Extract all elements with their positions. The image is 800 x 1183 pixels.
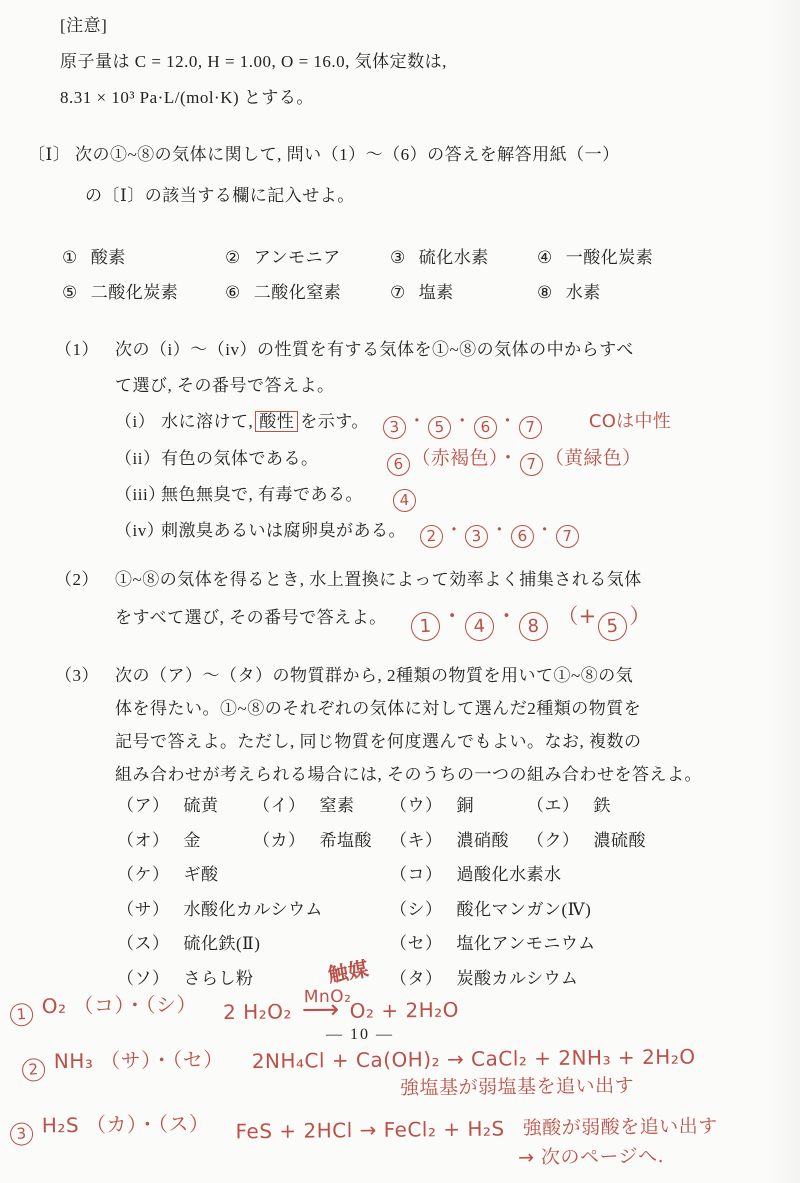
circled-number: 6 <box>386 452 410 476</box>
substance-label: （サ） <box>117 900 170 919</box>
circled-number: 3 <box>382 415 406 439</box>
substance-label: （タ） <box>390 969 443 988</box>
eq2-body: 2NH₄Cl + Ca(OH)₂ → CaCl₂ + 2NH₃ + 2H₂O <box>252 1044 696 1073</box>
question-3-line: 体を得たい。①~⑧のそれぞれの気体に対して選んだ2種類の物質を <box>115 692 702 725</box>
q1-items: （i）水に溶けて,酸性を示す。3・5・6・7COは中性（ii）有色の気体である。… <box>115 404 671 549</box>
substance-label: （セ） <box>390 934 443 953</box>
question-3-lines: 次の（ア）～（タ）の物質群から, 2種類の物質を用いて①~⑧の気体を得たい。①~… <box>115 659 702 791</box>
gas-name: 酸素 <box>91 248 126 267</box>
substance-label: （ソ） <box>117 969 170 988</box>
gas-name: 二酸化炭素 <box>91 283 179 302</box>
substance-name: 炭酸カルシウム <box>457 969 579 988</box>
substance-label: （コ） <box>390 865 443 884</box>
gas-number: ④ <box>537 248 553 267</box>
circled-number: 3 <box>465 524 489 548</box>
handwritten-note-acid-displacement: 強酸が弱酸を追い出す <box>522 1111 717 1140</box>
substance-label: （カ） <box>253 831 306 850</box>
substance-name: 希塩酸 <box>320 831 373 850</box>
substance-label: （ス） <box>117 934 170 953</box>
item-label: （ii） <box>115 441 161 477</box>
eq1-head: 1 O₂ （コ）・（シ） <box>8 988 197 1026</box>
substance-name: 窒素 <box>320 796 355 815</box>
substance-name: 金 <box>184 831 202 850</box>
eq1-lhs: 2 H₂O₂ <box>223 999 292 1024</box>
handwritten-note: COは中性 <box>589 411 671 432</box>
gas-name: 硫化水素 <box>419 248 489 267</box>
item-text: 水に溶けて,酸性を示す。 <box>161 412 369 431</box>
substance-name: 濃硫酸 <box>594 831 647 850</box>
handwritten-answer: 3・5・6・7 <box>381 411 544 432</box>
q1-item: （i）水に溶けて,酸性を示す。3・5・6・7COは中性 <box>115 404 671 440</box>
exam-page: [注意] 原子量は C = 12.0, H = 1.00, O = 16.0, … <box>0 0 800 1183</box>
gas-number: ① <box>62 248 78 267</box>
gas-item: ⑦塩素 <box>390 275 537 310</box>
handwritten-answer: 2・3・6・7 <box>418 520 581 541</box>
gas-item: ⑤二酸化炭素 <box>62 275 225 310</box>
gas-name: 二酸化窒素 <box>254 283 342 302</box>
item-label: （iv） <box>115 513 161 549</box>
gas-name: アンモニア <box>254 248 341 267</box>
section-text-line1: 次の①~⑧の気体に関して, 問い（1）～（6）の答えを解答用紙（一） <box>75 145 620 164</box>
substance-item: （ケ）ギ酸 <box>117 858 390 893</box>
circled-number: 1 <box>9 1003 33 1027</box>
eq1-rhs: O₂ + 2H₂O <box>350 998 460 1023</box>
gas-number: ⑧ <box>537 283 553 302</box>
question-3-line: 記号で答えよ。ただし, 同じ物質を何度選んでもよい。なお, 複数の <box>115 725 702 758</box>
section-1-heading: 〔Ⅰ〕 次の①~⑧の気体に関して, 問い（1）～（6）の答えを解答用紙（一） の… <box>28 134 620 216</box>
substance-list: （ア）硫黄（イ）窒素（ウ）銅（エ）鉄（オ）金（カ）希塩酸（キ）濃硝酸（ク）濃硫酸… <box>117 789 646 996</box>
question-2-line1: ①~⑧の気体を得るとき, 水上置換によって効率よく捕集される気体 <box>115 561 651 598</box>
gas-number: ⑤ <box>62 283 78 302</box>
red-box-annotation: 酸性 <box>255 411 298 432</box>
gas-number: ⑥ <box>225 283 241 302</box>
question-2-line2: をすべて選び, その番号で答えよ。1・4・8 （+5） <box>115 598 651 641</box>
substance-label: （エ） <box>527 796 580 815</box>
substance-item: （セ）塩化アンモニウム <box>390 927 646 962</box>
q1-item: （ii）有色の気体である。6（赤褐色）・7（黄緑色） <box>115 440 671 477</box>
q1-item: （iv）刺激臭あるいは腐卵臭がある。2・3・6・7 <box>115 513 671 549</box>
circled-number: 6 <box>473 415 497 439</box>
substance-name: ギ酸 <box>184 865 219 884</box>
handwritten-equation-1: 1 O₂ （コ）・（シ） 2 H₂O₂ 触媒 MnO₂ ⟶ O₂ + 2H₂O <box>8 986 459 1027</box>
gas-number: ③ <box>390 248 406 267</box>
substance-item: （オ）金 <box>117 824 253 859</box>
gas-item: ①酸素 <box>62 240 225 275</box>
substance-item: （キ）濃硝酸 <box>390 824 527 859</box>
gas-list: ①酸素②アンモニア③硫化水素④一酸化炭素⑤二酸化炭素⑥二酸化窒素⑦塩素⑧水素 <box>62 240 653 310</box>
circled-number: 2 <box>419 524 443 548</box>
substance-name: 銅 <box>457 796 475 815</box>
q1-item: （iii）無色無臭で, 有毒である。4 <box>115 477 671 513</box>
question-1-stem: （1） 次の（i）～（iv）の性質を有する気体を①~⑧の気体の中からすべ て選び… <box>55 332 671 549</box>
circled-number: 3 <box>9 1122 33 1146</box>
gas-item: ②アンモニア <box>225 240 390 275</box>
substance-label: （ウ） <box>390 796 443 815</box>
substance-item: （ア）硫黄 <box>117 789 253 824</box>
question-2-stem: （2） ①~⑧の気体を得るとき, 水上置換によって効率よく捕集される気体 をすべ… <box>55 561 651 641</box>
notice-label: [注意] <box>60 8 447 44</box>
circled-number: 1 <box>410 611 440 641</box>
item-label: （iii） <box>115 477 161 513</box>
substance-label: （イ） <box>253 796 306 815</box>
substance-item: （カ）希塩酸 <box>253 824 390 859</box>
substance-name: 鉄 <box>594 796 612 815</box>
substance-name: 硫化鉄(Ⅱ) <box>184 934 261 953</box>
circled-number: 2 <box>21 1058 45 1082</box>
item-label: （i） <box>115 404 161 440</box>
question-1: （1） 次の（i）～（iv）の性質を有する気体を①~⑧の気体の中からすべ て選び… <box>55 332 671 549</box>
notice-line-atomic-masses: 原子量は C = 12.0, H = 1.00, O = 16.0, 気体定数は… <box>60 44 447 80</box>
gas-name: 一酸化炭素 <box>566 248 654 267</box>
eq2-head: 2 NH₃ （サ）・（セ） <box>20 1043 224 1081</box>
gas-item: ③硫化水素 <box>390 240 537 275</box>
gas-item: ⑥二酸化窒素 <box>225 275 390 310</box>
section-text-line2: の〔Ⅰ〕の該当する欄に記入せよ。 <box>28 175 620 216</box>
handwritten-note-base-displacement: 強塩基が弱塩基を追い出す <box>400 1071 634 1100</box>
substance-label: （キ） <box>390 831 443 850</box>
substance-item: （ウ）銅 <box>390 789 527 824</box>
eq3-body: FeS + 2HCl → FeCl₂ + H₂S <box>235 1117 504 1144</box>
gas-item: ⑧水素 <box>537 275 653 310</box>
question-3: （3） 次の（ア）～（タ）の物質群から, 2種類の物質を用いて①~⑧の気体を得た… <box>55 659 702 791</box>
circled-number: 6 <box>510 524 534 548</box>
question-3-line: 次の（ア）～（タ）の物質群から, 2種類の物質を用いて①~⑧の気 <box>115 659 702 692</box>
catalyst-formula: MnO₂ <box>304 987 352 1007</box>
question-1-line1: 次の（i）～（iv）の性質を有する気体を①~⑧の気体の中からすべ <box>115 332 671 368</box>
question-1-label: （1） <box>55 332 115 549</box>
substance-label: （オ） <box>117 831 170 850</box>
substance-item: （ク）濃硫酸 <box>527 824 646 859</box>
item-text: 刺激臭あるいは腐卵臭がある。 <box>161 521 406 540</box>
gas-number: ② <box>225 248 241 267</box>
gas-item: ④一酸化炭素 <box>537 240 653 275</box>
item-text: 無色無臭で, 有毒である。 <box>161 485 363 504</box>
handwritten-answer-q2: 1・4・8 （+5） <box>409 604 651 628</box>
substance-item: （サ）水酸化カルシウム <box>117 893 390 928</box>
substance-name: 濃硝酸 <box>457 831 510 850</box>
handwritten-next-page-note: → 次のページへ. <box>518 1141 664 1170</box>
circled-number: 7 <box>518 415 542 439</box>
substance-name: さらし粉 <box>184 969 254 988</box>
substance-item: （エ）鉄 <box>527 789 646 824</box>
substance-label: （ア） <box>117 796 170 815</box>
substance-grid-2col: （ケ）ギ酸（コ）過酸化水素水（サ）水酸化カルシウム（シ）酸化マンガン(Ⅳ)（ス）… <box>117 858 646 996</box>
substance-name: 酸化マンガン(Ⅳ) <box>457 900 592 919</box>
handwritten-answer: 6（赤褐色）・7（黄緑色） <box>385 447 642 469</box>
substance-name: 硫黄 <box>184 796 219 815</box>
substance-name: 過酸化水素水 <box>457 865 562 884</box>
substance-label: （ク） <box>527 831 580 850</box>
section-label: 〔Ⅰ〕 <box>28 145 70 164</box>
substance-grid-4col: （ア）硫黄（イ）窒素（ウ）銅（エ）鉄（オ）金（カ）希塩酸（キ）濃硝酸（ク）濃硫酸 <box>117 789 646 858</box>
circled-number: 5 <box>598 611 628 641</box>
substance-label: （ケ） <box>117 865 170 884</box>
substance-item: （コ）過酸化水素水 <box>390 858 646 893</box>
question-2: （2） ①~⑧の気体を得るとき, 水上置換によって効率よく捕集される気体 をすべ… <box>55 561 651 641</box>
substance-item: （イ）窒素 <box>253 789 390 824</box>
question-2-label: （2） <box>55 561 115 641</box>
question-1-line2: て選び, その番号で答えよ。 <box>115 368 671 404</box>
substance-item: （シ）酸化マンガン(Ⅳ) <box>390 893 646 928</box>
notice-line-gas-constant: 8.31 × 10³ Pa·L/(mol·K) とする。 <box>60 80 447 116</box>
circled-number: 7 <box>519 452 543 476</box>
question-3-label: （3） <box>55 659 115 791</box>
handwritten-answer: 4 <box>391 484 418 505</box>
substance-label: （シ） <box>390 900 443 919</box>
question-3-line: 組み合わせが考えられる場合には, そのうちの一つの組み合わせを答えよ。 <box>115 758 702 791</box>
notice-block: [注意] 原子量は C = 12.0, H = 1.00, O = 16.0, … <box>60 8 447 116</box>
question-3-stem: （3） 次の（ア）～（タ）の物質群から, 2種類の物質を用いて①~⑧の気体を得た… <box>55 659 702 791</box>
circled-number: 4 <box>464 611 494 641</box>
circled-number: 7 <box>555 524 579 548</box>
substance-name: 水酸化カルシウム <box>184 900 323 919</box>
handwritten-equation-3: 3 H₂S （カ）・（ス） FeS + 2HCl → FeCl₂ + H₂S 強… <box>8 1102 718 1145</box>
gas-number: ⑦ <box>390 283 406 302</box>
section-heading-line1: 〔Ⅰ〕 次の①~⑧の気体に関して, 問い（1）～（6）の答えを解答用紙（一） <box>28 134 620 175</box>
eq3-head: 3 H₂S （カ）・（ス） <box>8 1108 210 1146</box>
substance-name: 塩化アンモニウム <box>457 934 596 953</box>
circled-number: 8 <box>519 611 549 641</box>
gas-name: 塩素 <box>419 283 454 302</box>
gas-name: 水素 <box>566 283 601 302</box>
circled-number: 4 <box>392 488 416 512</box>
item-text: 有色の気体である。 <box>161 449 319 468</box>
circled-number: 5 <box>428 415 452 439</box>
question-2-line2-text: をすべて選び, その番号で答えよ。 <box>115 608 387 627</box>
reaction-arrow-with-catalyst: 触媒 MnO₂ ⟶ <box>302 997 340 1023</box>
